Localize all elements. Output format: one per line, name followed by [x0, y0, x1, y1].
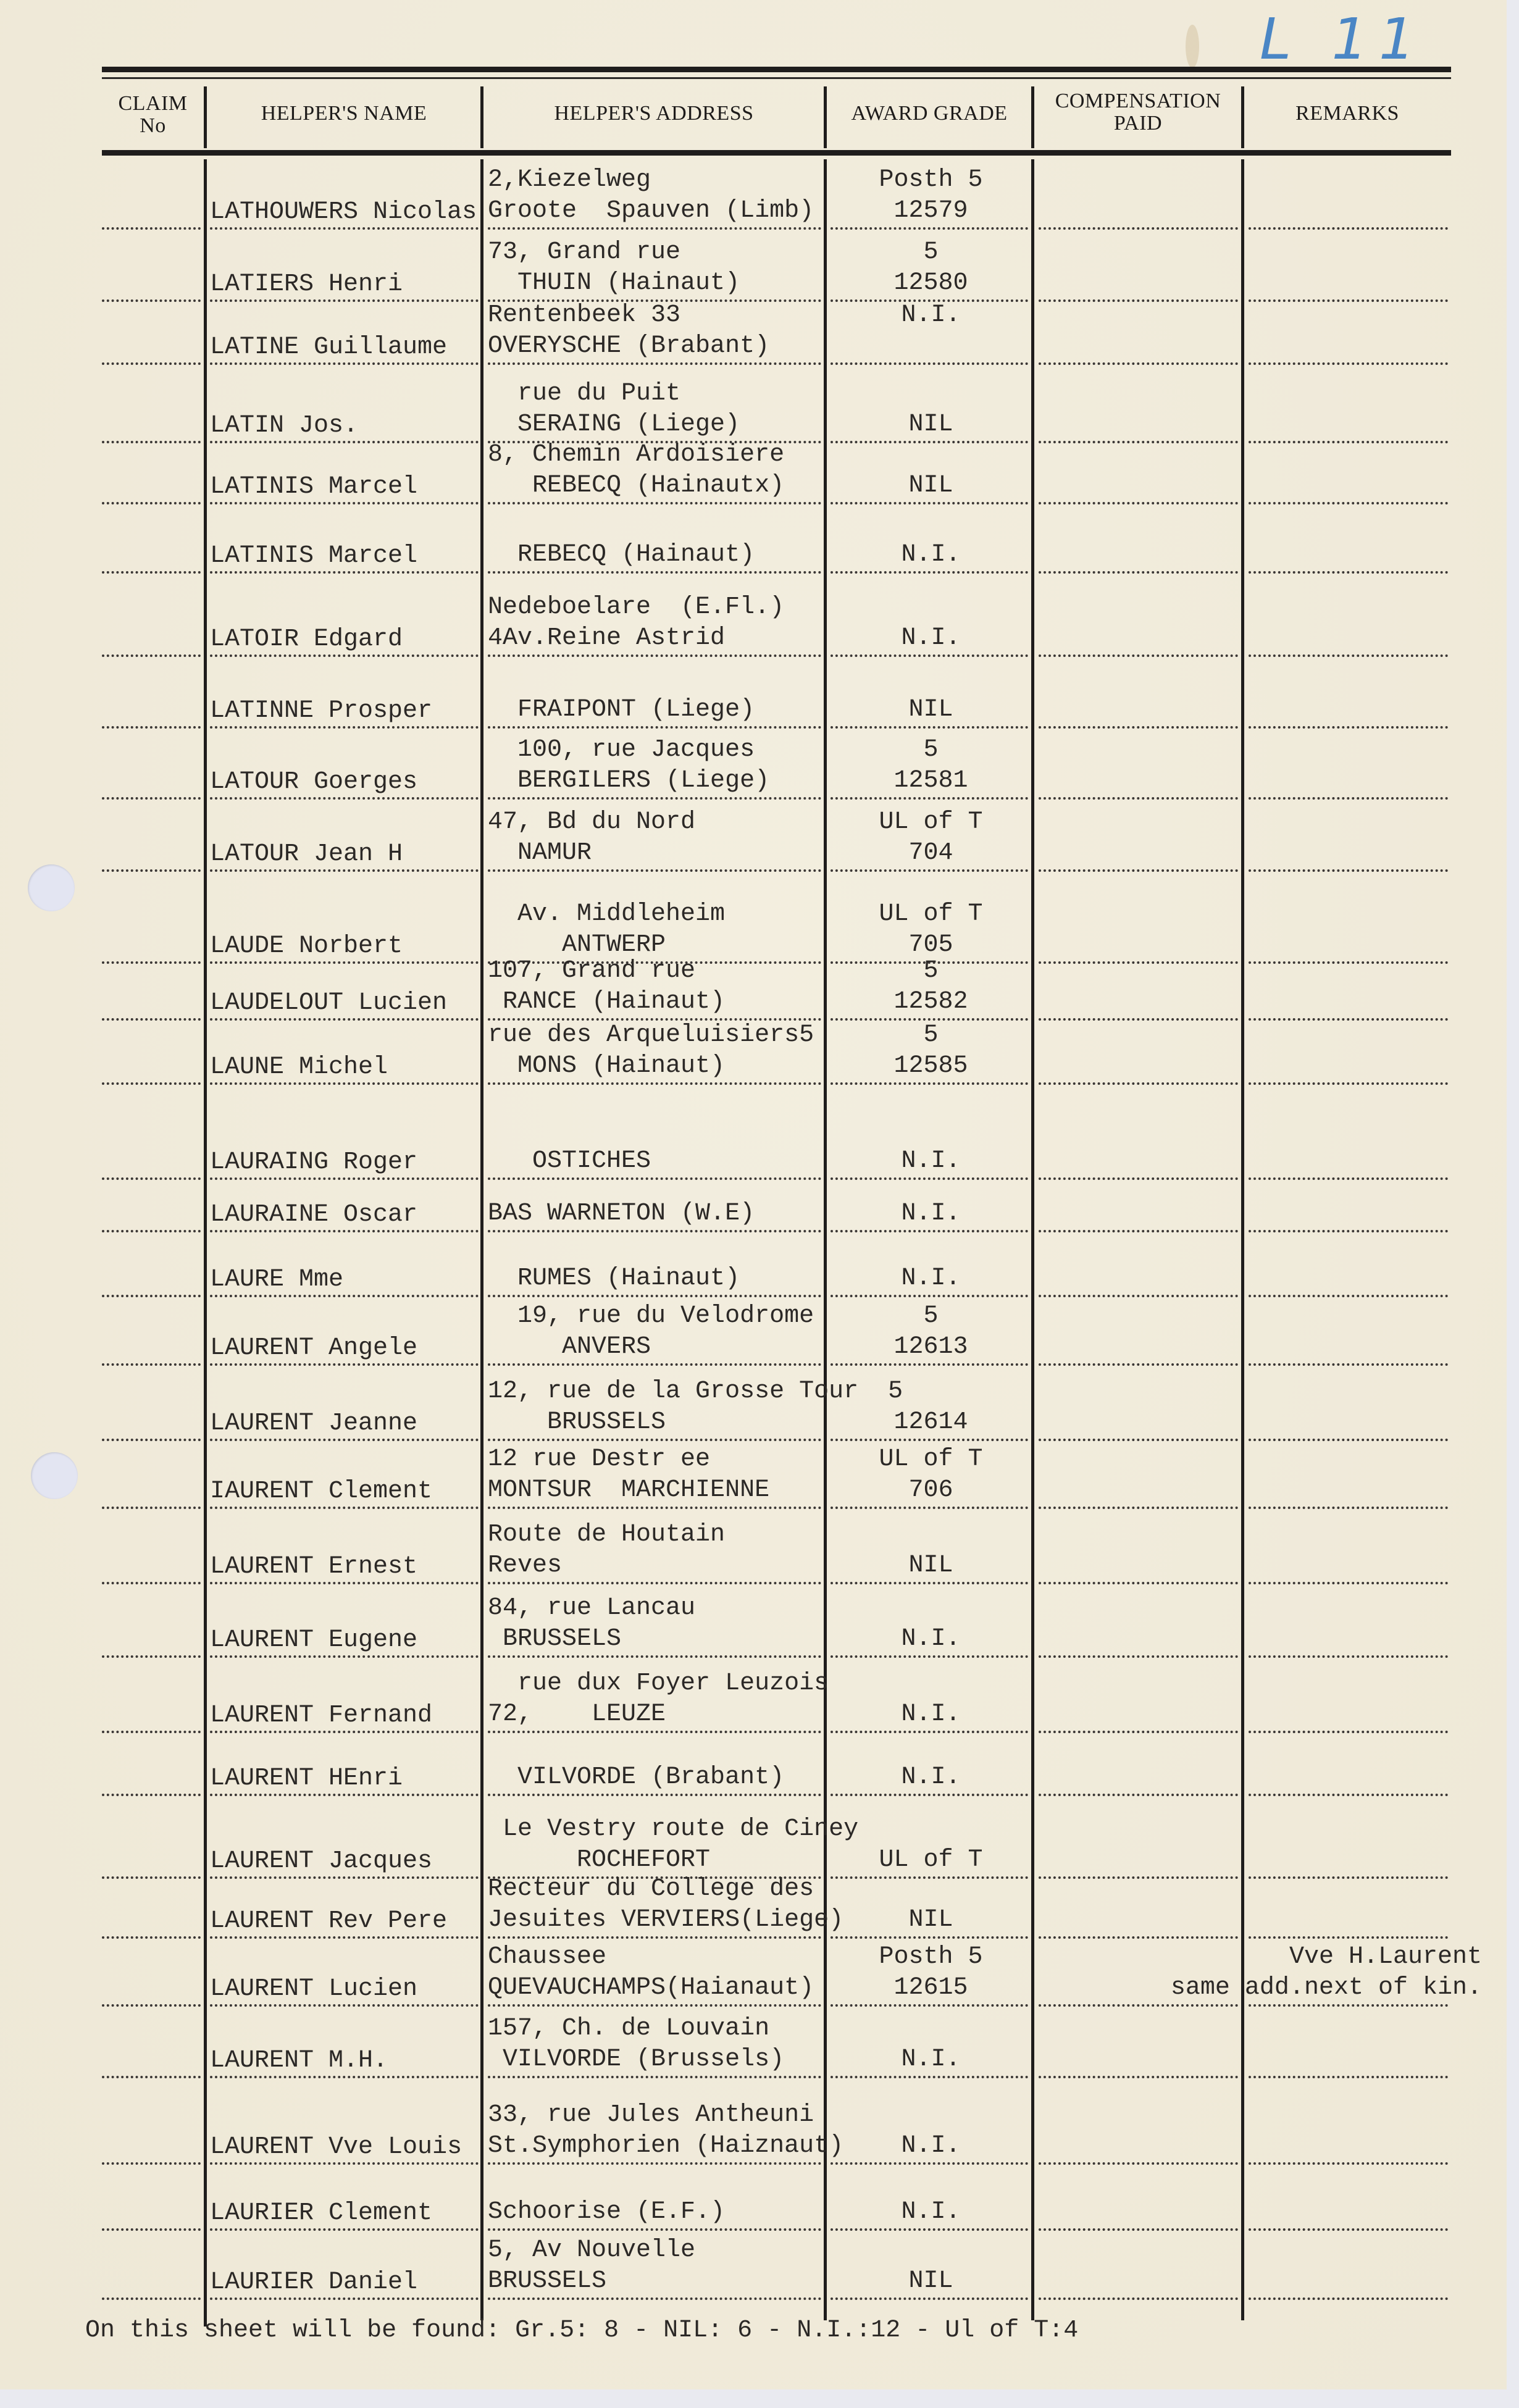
award-grade-line: UL of T — [831, 1846, 1031, 1875]
helper-address-line: VILVORDE (Brabant) — [488, 1763, 784, 1792]
row-dotted-rule — [831, 502, 1028, 504]
row-dotted-rule — [831, 726, 1028, 729]
helper-address-line: 4Av.Reine Astrid — [488, 624, 725, 653]
helper-address-line: 8, Chemin Ardoisiere — [488, 440, 784, 470]
row-dotted-rule — [1039, 1794, 1238, 1796]
sheet-summary-footer: On this sheet will be found: Gr.5: 8 - N… — [85, 2317, 1078, 2344]
row-dotted-rule — [1039, 1507, 1238, 1509]
row-dotted-rule — [831, 227, 1028, 230]
row-dotted-rule — [102, 2228, 201, 2231]
award-grade-line: 12614 — [831, 1408, 1031, 1437]
helper-name: LATOUR Jean H — [210, 840, 403, 869]
sheet-annotation: L 11 — [1260, 6, 1426, 72]
row-dotted-rule — [831, 2076, 1028, 2078]
helper-address-line: Recteur du College des — [488, 1875, 814, 1904]
column-divider — [1241, 86, 1244, 148]
helper-name: LAURENT Ernest — [210, 1552, 417, 1582]
column-divider — [1031, 159, 1034, 2320]
row-dotted-rule — [488, 1177, 821, 1180]
award-grade-line: N.I. — [831, 1763, 1031, 1792]
helper-address-line: Reves — [488, 1551, 562, 1581]
row-dotted-rule — [1249, 1794, 1448, 1796]
row-dotted-rule — [210, 1177, 479, 1180]
row-dotted-rule — [210, 2162, 479, 2165]
helper-name: LAURIER Daniel — [210, 2268, 417, 2297]
helper-address-line: 33, rue Jules Antheuni — [488, 2101, 814, 2130]
award-grade-line: 5 — [831, 238, 1031, 267]
helper-address-line: ROCHEFORT — [488, 1846, 710, 1875]
row-dotted-rule — [102, 961, 201, 964]
row-dotted-rule — [1039, 961, 1238, 964]
row-dotted-rule — [210, 869, 479, 872]
helper-name: LATIERS Henri — [210, 270, 403, 299]
row-dotted-rule — [210, 1794, 479, 1796]
header-compensation-paid: COMPENSATION PAID — [1036, 90, 1241, 135]
row-dotted-rule — [488, 2297, 821, 2300]
row-dotted-rule — [1249, 571, 1448, 574]
header-remarks: REMARKS — [1245, 102, 1449, 125]
row-dotted-rule — [1249, 961, 1448, 964]
row-dotted-rule — [488, 502, 821, 504]
row-dotted-rule — [1249, 2076, 1448, 2078]
column-divider — [480, 86, 483, 148]
award-grade-line: 705 — [831, 930, 1031, 960]
row-dotted-rule — [102, 726, 201, 729]
award-grade-line: NIL — [831, 1905, 1031, 1935]
row-dotted-rule — [102, 1082, 201, 1085]
helper-address-line: 47, Bd du Nord — [488, 808, 695, 837]
row-dotted-rule — [1249, 1731, 1448, 1733]
helper-name: LAURENT HEnri — [210, 1764, 403, 1794]
helper-name: LATIN Jos. — [210, 411, 358, 441]
award-grade-line: 5 — [831, 1302, 1031, 1331]
helper-address-line: Av. Middleheim — [488, 900, 725, 929]
header-thin-rule — [102, 77, 1451, 79]
row-dotted-rule — [1249, 2297, 1448, 2300]
row-dotted-rule — [831, 1655, 1028, 1658]
column-divider — [480, 159, 483, 2320]
helper-name: LAURENT Jacques — [210, 1847, 432, 1876]
row-dotted-rule — [102, 441, 201, 443]
helper-address-line: 157, Ch. de Louvain — [488, 2014, 769, 2044]
row-dotted-rule — [1249, 299, 1448, 302]
row-dotted-rule — [488, 1582, 821, 1584]
row-dotted-rule — [102, 654, 201, 657]
row-dotted-rule — [210, 1731, 479, 1733]
row-dotted-rule — [831, 654, 1028, 657]
award-grade-line: N.I. — [831, 1700, 1031, 1729]
row-dotted-rule — [831, 869, 1028, 872]
helper-address-line: THUIN (Hainaut) — [488, 269, 740, 298]
helper-address-line: MONTSUR MARCHIENNE — [488, 1476, 769, 1505]
helper-name: LAURENT Eugene — [210, 1626, 417, 1655]
column-divider — [204, 159, 207, 2326]
row-dotted-rule — [210, 726, 479, 729]
row-dotted-rule — [831, 1731, 1028, 1733]
helper-address-line: 12, rue de la Grosse Tour 5 — [488, 1377, 903, 1407]
row-dotted-rule — [1039, 1731, 1238, 1733]
row-dotted-rule — [488, 1230, 821, 1232]
row-dotted-rule — [831, 1177, 1028, 1180]
header-bottom-rule — [102, 150, 1451, 156]
header-claim-no: CLAIM No — [102, 93, 204, 137]
row-dotted-rule — [210, 1655, 479, 1658]
helper-address-line: 5, Av Nouvelle — [488, 2236, 695, 2265]
helper-name: LAUNE Michel — [210, 1053, 388, 1082]
row-dotted-rule — [488, 797, 821, 800]
row-dotted-rule — [488, 1655, 821, 1658]
award-grade-line: NIL — [831, 1551, 1031, 1581]
award-grade-line: 12580 — [831, 269, 1031, 298]
row-dotted-rule — [1249, 1082, 1448, 1085]
row-dotted-rule — [210, 2004, 479, 2007]
row-dotted-rule — [210, 1507, 479, 1509]
row-dotted-rule — [1249, 362, 1448, 365]
row-dotted-rule — [102, 571, 201, 574]
award-grade-line: N.I. — [831, 1264, 1031, 1294]
row-dotted-rule — [831, 1876, 1028, 1879]
row-dotted-rule — [210, 441, 479, 443]
helper-name: LAUDE Norbert — [210, 932, 403, 961]
row-dotted-rule — [488, 869, 821, 872]
column-divider — [824, 86, 827, 148]
row-dotted-rule — [102, 362, 201, 365]
column-divider — [1031, 86, 1034, 148]
row-dotted-rule — [831, 1295, 1028, 1297]
row-dotted-rule — [831, 441, 1028, 443]
helper-address-line: QUEVAUCHAMPS(Haianaut) — [488, 1973, 814, 2003]
row-dotted-rule — [210, 1936, 479, 1939]
row-dotted-rule — [210, 502, 479, 504]
helper-address-line: Rentenbeek 33 — [488, 301, 680, 330]
row-dotted-rule — [1039, 654, 1238, 657]
row-dotted-rule — [210, 571, 479, 574]
row-dotted-rule — [1039, 227, 1238, 230]
row-dotted-rule — [831, 362, 1028, 365]
helper-address-line: MONS (Hainaut) — [488, 1051, 725, 1081]
award-grade-line: N.I. — [831, 2131, 1031, 2161]
award-grade-line: 12613 — [831, 1332, 1031, 1362]
helper-address-line: FRAIPONT (Liege) — [488, 695, 755, 725]
helper-name: LAURENT Vve Louis — [210, 2133, 462, 2162]
row-dotted-rule — [210, 2297, 479, 2300]
helper-name: LAURENT Lucien — [210, 1975, 417, 2004]
helper-name: LATOUR Goerges — [210, 767, 417, 797]
helper-address-line: BERGILERS (Liege) — [488, 766, 769, 796]
row-dotted-rule — [1039, 1439, 1238, 1441]
row-dotted-rule — [1249, 1018, 1448, 1021]
helper-address-line: 100, rue Jacques — [488, 735, 755, 765]
row-dotted-rule — [210, 1082, 479, 1085]
row-dotted-rule — [831, 1439, 1028, 1441]
award-grade-line: NIL — [831, 695, 1031, 725]
row-dotted-rule — [1039, 2004, 1238, 2007]
row-dotted-rule — [102, 1230, 201, 1232]
helper-name: LATINE Guillaume — [210, 333, 447, 362]
row-dotted-rule — [1249, 1582, 1448, 1584]
header-helpers-name: HELPER'S NAME — [208, 102, 480, 125]
award-grade-line: N.I. — [831, 624, 1031, 653]
row-dotted-rule — [488, 726, 821, 729]
row-dotted-rule — [831, 2162, 1028, 2165]
row-dotted-rule — [102, 797, 201, 800]
row-dotted-rule — [1039, 2076, 1238, 2078]
row-dotted-rule — [831, 1363, 1028, 1366]
row-dotted-rule — [1249, 1230, 1448, 1232]
row-dotted-rule — [1249, 726, 1448, 729]
helper-name: LATINIS Marcel — [210, 541, 417, 571]
helper-address-line: BAS WARNETON (W.E) — [488, 1199, 755, 1229]
column-divider — [204, 86, 207, 148]
row-dotted-rule — [831, 797, 1028, 800]
award-grade-line: 704 — [831, 838, 1031, 868]
header-top-rule — [102, 67, 1451, 72]
award-grade-line: UL of T — [831, 1445, 1031, 1474]
row-dotted-rule — [1249, 1363, 1448, 1366]
helper-address-line: rue du Puit — [488, 379, 680, 409]
award-grade-line: 12581 — [831, 766, 1031, 796]
remarks-line: Vve H.Laurent — [1289, 1942, 1482, 1972]
row-dotted-rule — [1039, 1018, 1238, 1021]
row-dotted-rule — [102, 2297, 201, 2300]
row-dotted-rule — [488, 362, 821, 365]
row-dotted-rule — [102, 299, 201, 302]
row-dotted-rule — [1039, 441, 1238, 443]
row-dotted-rule — [488, 1794, 821, 1796]
row-dotted-rule — [102, 1018, 201, 1021]
row-dotted-rule — [1039, 2228, 1238, 2231]
award-grade-line: 5 — [831, 956, 1031, 986]
row-dotted-rule — [488, 1082, 821, 1085]
helper-name: LAURENT Fernand — [210, 1701, 432, 1731]
row-dotted-rule — [831, 1230, 1028, 1232]
helper-address-line: BRUSSELS — [488, 1624, 621, 1654]
row-dotted-rule — [831, 1507, 1028, 1509]
helper-address-line: rue des Arqueluisiers5 — [488, 1021, 814, 1050]
award-grade-line: N.I. — [831, 1147, 1031, 1176]
helper-address-line: 84, rue Lancau — [488, 1594, 695, 1623]
award-grade-line: 12582 — [831, 987, 1031, 1017]
row-dotted-rule — [210, 1018, 479, 1021]
row-dotted-rule — [1039, 1655, 1238, 1658]
row-dotted-rule — [488, 2228, 821, 2231]
helper-address-line: RUMES (Hainaut) — [488, 1264, 740, 1294]
row-dotted-rule — [102, 869, 201, 872]
award-grade-line: NIL — [831, 2267, 1031, 2296]
helper-address-line: OSTICHES — [488, 1147, 651, 1176]
row-dotted-rule — [102, 1439, 201, 1441]
header-helpers-address: HELPER'S ADDRESS — [485, 102, 823, 125]
row-dotted-rule — [1249, 869, 1448, 872]
row-dotted-rule — [488, 2162, 821, 2165]
row-dotted-rule — [1039, 1230, 1238, 1232]
row-dotted-rule — [1039, 869, 1238, 872]
helper-address-line: St.Symphorien (Haiznaut) — [488, 2131, 843, 2161]
helper-address-line: Groote Spauven (Limb) — [488, 196, 814, 226]
award-grade-line: NIL — [831, 471, 1031, 501]
helper-name: LAURENT Angele — [210, 1334, 417, 1363]
row-dotted-rule — [102, 1507, 201, 1509]
paper-stain — [1186, 25, 1199, 68]
award-grade-line: UL of T — [831, 900, 1031, 929]
row-dotted-rule — [102, 1655, 201, 1658]
row-dotted-rule — [1249, 654, 1448, 657]
row-dotted-rule — [210, 797, 479, 800]
row-dotted-rule — [831, 1582, 1028, 1584]
helper-name: LAURIER Clement — [210, 2199, 432, 2228]
helper-name: LAURENT Rev Pere — [210, 1907, 447, 1936]
helper-address-line: ANTWERP — [488, 930, 666, 960]
award-grade-line: 12615 — [831, 1973, 1031, 2003]
row-dotted-rule — [488, 1936, 821, 1939]
helper-address-line: Route de Houtain — [488, 1520, 725, 1550]
row-dotted-rule — [1249, 1936, 1448, 1939]
row-dotted-rule — [1249, 227, 1448, 230]
award-grade-line: N.I. — [831, 540, 1031, 570]
row-dotted-rule — [831, 2004, 1028, 2007]
helper-address-line: Nedeboelare (E.Fl.) — [488, 593, 784, 622]
row-dotted-rule — [102, 1876, 201, 1879]
helper-address-line: 2,Kiezelweg — [488, 165, 651, 195]
helper-address-line: REBECQ (Hainaut) — [488, 540, 755, 570]
helper-address-line: Le Vestry route de Ciney — [488, 1815, 858, 1844]
award-grade-line: 12579 — [831, 196, 1031, 226]
helper-name: LATOIR Edgard — [210, 625, 403, 654]
row-dotted-rule — [1039, 2297, 1238, 2300]
helper-address-line: Jesuites VERVIERS(Liege) — [488, 1905, 843, 1935]
row-dotted-rule — [831, 571, 1028, 574]
row-dotted-rule — [1039, 299, 1238, 302]
row-dotted-rule — [210, 1230, 479, 1232]
helper-name: LAUDELOUT Lucien — [210, 989, 447, 1018]
row-dotted-rule — [210, 2076, 479, 2078]
row-dotted-rule — [488, 1295, 821, 1297]
row-dotted-rule — [210, 1439, 479, 1441]
punch-hole — [28, 864, 75, 911]
helper-name: LATINIS Marcel — [210, 472, 417, 502]
helper-address-line: Chaussee — [488, 1942, 606, 1972]
helper-address-line: 19, rue du Velodrome — [488, 1302, 814, 1331]
row-dotted-rule — [488, 1731, 821, 1733]
row-dotted-rule — [488, 571, 821, 574]
row-dotted-rule — [102, 1794, 201, 1796]
row-dotted-rule — [1039, 726, 1238, 729]
row-dotted-rule — [210, 1295, 479, 1297]
award-grade-line: N.I. — [831, 1199, 1031, 1229]
row-dotted-rule — [1249, 797, 1448, 800]
helper-address-line: BRUSSELS — [488, 1408, 666, 1437]
helper-name: LATINNE Prosper — [210, 696, 432, 726]
row-dotted-rule — [1039, 362, 1238, 365]
row-dotted-rule — [210, 362, 479, 365]
helper-address-line: 12 rue Destr ee — [488, 1445, 710, 1474]
row-dotted-rule — [831, 1082, 1028, 1085]
row-dotted-rule — [102, 1731, 201, 1733]
award-grade-line: Posth 5 — [831, 165, 1031, 195]
remarks-line: same add.next of kin. — [1171, 1973, 1482, 2003]
row-dotted-rule — [1249, 1655, 1448, 1658]
row-dotted-rule — [1039, 1082, 1238, 1085]
row-dotted-rule — [102, 1295, 201, 1297]
row-dotted-rule — [102, 2004, 201, 2007]
helper-address-line: 107, Grand rue — [488, 956, 695, 986]
row-dotted-rule — [1039, 1582, 1238, 1584]
helper-address-line: VILVORDE (Brussels) — [488, 2045, 784, 2075]
row-dotted-rule — [1249, 1295, 1448, 1297]
row-dotted-rule — [210, 1876, 479, 1879]
helper-address-line: BRUSSELS — [488, 2267, 606, 2296]
row-dotted-rule — [210, 961, 479, 964]
row-dotted-rule — [102, 1936, 201, 1939]
helper-name: LAURAINE Oscar — [210, 1200, 417, 1230]
row-dotted-rule — [210, 2228, 479, 2231]
helper-address-line: rue dux Foyer Leuzois — [488, 1669, 829, 1699]
row-dotted-rule — [1249, 2228, 1448, 2231]
row-dotted-rule — [102, 1582, 201, 1584]
helper-address-line: NAMUR — [488, 838, 592, 868]
helper-address-line: RANCE (Hainaut) — [488, 987, 725, 1017]
row-dotted-rule — [210, 227, 479, 230]
row-dotted-rule — [831, 2297, 1028, 2300]
header-award-grade: AWARD GRADE — [828, 102, 1031, 125]
award-grade-line: N.I. — [831, 2045, 1031, 2075]
row-dotted-rule — [102, 227, 201, 230]
row-dotted-rule — [210, 654, 479, 657]
row-dotted-rule — [1039, 502, 1238, 504]
award-grade-line: Posth 5 — [831, 1942, 1031, 1972]
row-dotted-rule — [488, 1507, 821, 1509]
row-dotted-rule — [1249, 441, 1448, 443]
award-grade-line: 12585 — [831, 1051, 1031, 1081]
helper-address-line: OVERYSCHE (Brabant) — [488, 332, 769, 361]
helper-address-line: Schoorise (E.F.) — [488, 2197, 725, 2227]
row-dotted-rule — [102, 1177, 201, 1180]
helper-address-line: 72, LEUZE — [488, 1700, 666, 1729]
helper-address-line: SERAING (Liege) — [488, 410, 740, 440]
helper-name: IAURENT Clement — [210, 1477, 432, 1507]
row-dotted-rule — [102, 1363, 201, 1366]
helper-name: LAURENT M.H. — [210, 2046, 388, 2076]
row-dotted-rule — [102, 2162, 201, 2165]
row-dotted-rule — [488, 227, 821, 230]
helper-address-line: 73, Grand rue — [488, 238, 680, 267]
helper-address-line: REBECQ (Hainautx) — [488, 471, 784, 501]
row-dotted-rule — [831, 2228, 1028, 2231]
column-divider — [824, 159, 827, 2320]
row-dotted-rule — [1249, 1507, 1448, 1509]
row-dotted-rule — [210, 1363, 479, 1366]
row-dotted-rule — [1039, 797, 1238, 800]
award-grade-line: 5 — [831, 735, 1031, 765]
award-grade-line: N.I. — [831, 301, 1031, 330]
row-dotted-rule — [1249, 1177, 1448, 1180]
award-grade-line: UL of T — [831, 808, 1031, 837]
helper-name: LATHOUWERS Nicolas — [210, 198, 477, 227]
row-dotted-rule — [488, 1439, 821, 1441]
row-dotted-rule — [1039, 1936, 1238, 1939]
row-dotted-rule — [1249, 1439, 1448, 1441]
award-grade-line: N.I. — [831, 2197, 1031, 2227]
row-dotted-rule — [1249, 502, 1448, 504]
row-dotted-rule — [210, 299, 479, 302]
helper-address-line: ANVERS — [488, 1332, 651, 1362]
row-dotted-rule — [488, 1363, 821, 1366]
punch-hole — [31, 1452, 78, 1499]
helper-name: LAURENT Jeanne — [210, 1409, 417, 1439]
award-grade-line: 5 — [831, 1021, 1031, 1050]
award-grade-line: N.I. — [831, 1624, 1031, 1654]
row-dotted-rule — [1039, 1363, 1238, 1366]
